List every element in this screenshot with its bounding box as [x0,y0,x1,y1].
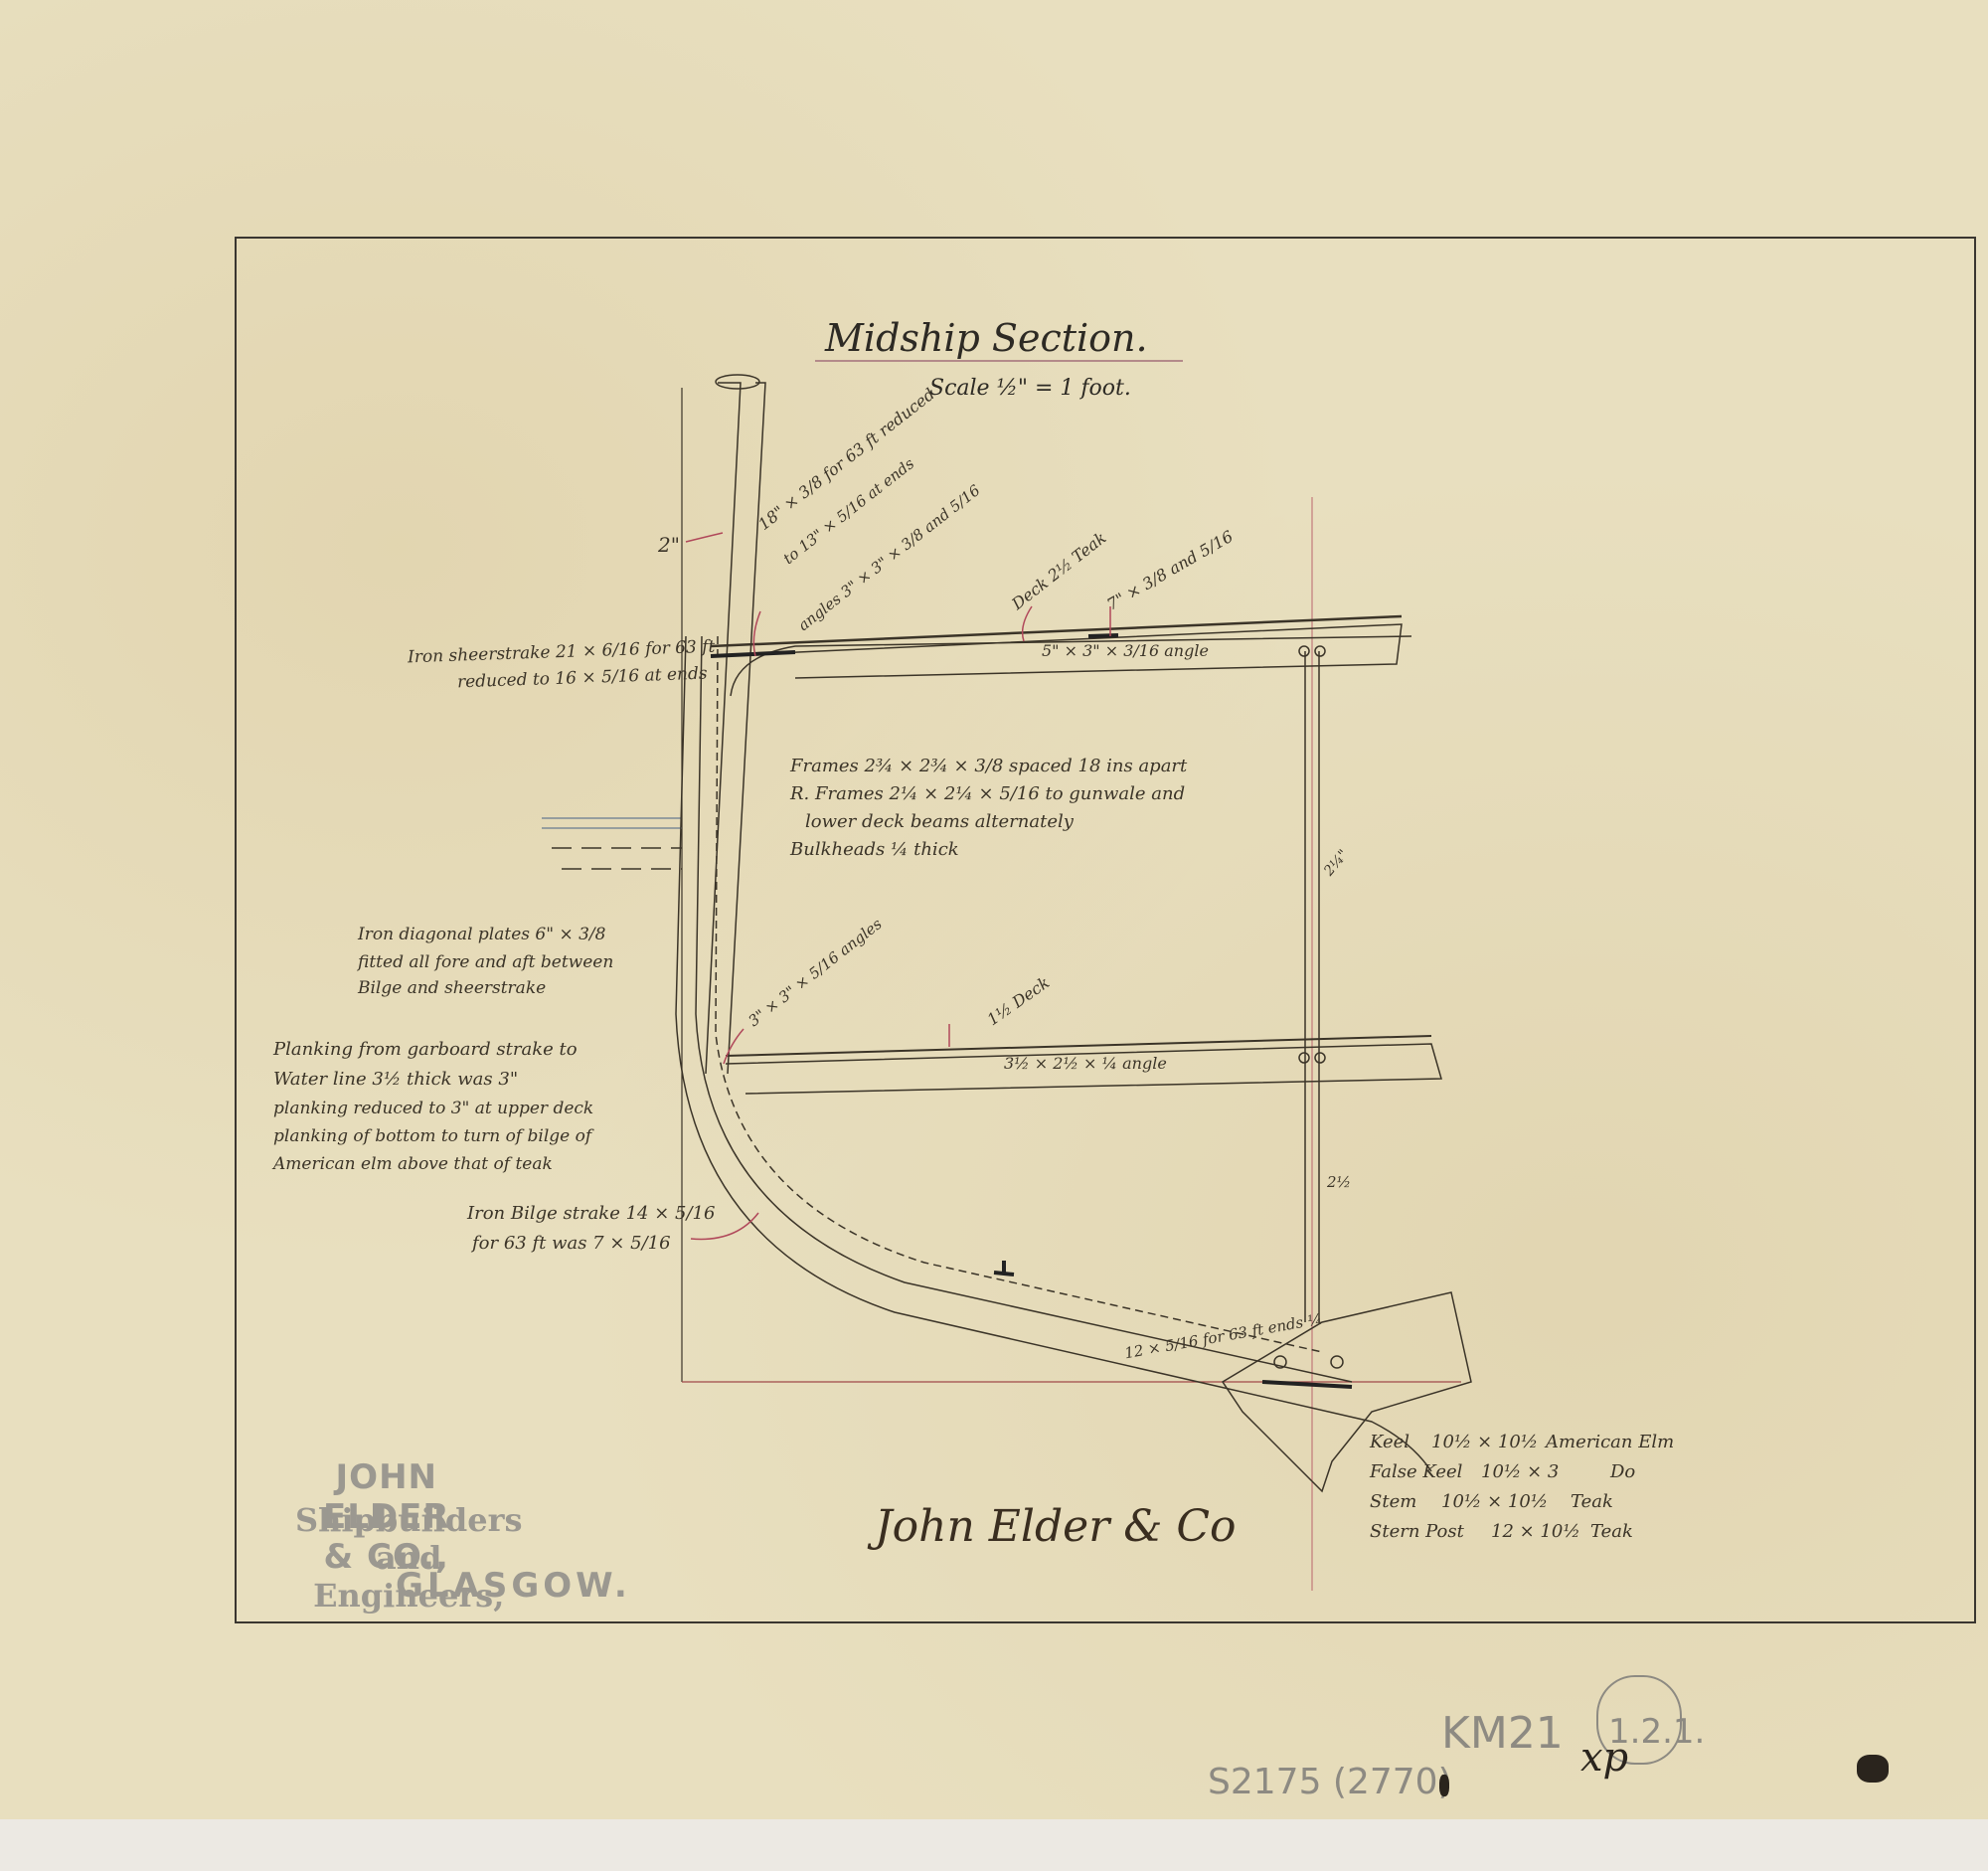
planking-note-line2: Water line 3½ thick was 3" [273,1069,518,1090]
drawing-title: Midship Section. [825,316,1148,360]
planking-note-line4: planking of bottom to turn of bilge of [273,1126,591,1146]
signature: John Elder & Co [875,1501,1237,1552]
planking-note-line5: American elm above that of teak [273,1154,553,1174]
scantling-item: Keel [1370,1432,1409,1452]
bulwark-thickness-label: 2" [658,533,680,557]
scantling-size: 10½ × 3 [1481,1461,1559,1482]
archive-number: S2175 (2770) [1208,1762,1452,1802]
scantling-size: 10½ × 10½ [1441,1491,1548,1512]
title-underline [815,360,1183,362]
upper-beam-angle-label: 5" × 3" × 3/16 angle [1042,641,1209,660]
drawing-sheet: Midship Section. Scale ½" = 1 foot. 2" I… [0,0,1988,1819]
planking-note-line3: planking reduced to 3" at upper deck [273,1099,593,1118]
scantling-material: Teak [1590,1521,1633,1542]
frames-note-line2: R. Frames 2¼ × 2¼ × 5/16 to gunwale and [790,783,1185,804]
stamp-city: GLASGOW. [396,1566,631,1606]
scantling-size: 10½ × 10½ [1431,1432,1538,1452]
drawing-scale: Scale ½" = 1 foot. [929,376,1131,401]
frames-note-line3: lower deck beams alternately [805,811,1074,832]
frames-note-line4: Bulkheads ¼ thick [790,839,959,860]
scantling-material: American Elm [1546,1432,1674,1452]
ink-smudge [1857,1755,1889,1783]
diagonal-note-line3: Bilge and sheerstrake [358,978,546,998]
frames-note-line1: Frames 2¾ × 2¾ × 3/8 spaced 18 ins apart [790,756,1187,776]
scantling-material: Do [1610,1461,1635,1482]
bilge-note-line1: Iron Bilge strake 14 × 5/16 [467,1203,715,1224]
planking-note-line1: Planking from garboard strake to [273,1039,578,1060]
diagonal-note-line1: Iron diagonal plates 6" × 3/8 [358,925,605,944]
scantling-item: Stern Post [1370,1521,1464,1542]
archive-initials: xp [1580,1735,1628,1781]
ink-mark [1439,1775,1449,1796]
scantling-size: 12 × 10½ [1491,1521,1580,1542]
lower-beam-angle-label: 3½ × 2½ × ¼ angle [1004,1054,1167,1073]
archive-ref: KM21 [1441,1708,1564,1759]
lower-pillar-label: 2½ [1327,1173,1351,1191]
scantling-item: False Keel [1370,1461,1462,1482]
scantling-item: Stem [1370,1491,1416,1512]
bilge-note-line2: for 63 ft was 7 × 5/16 [472,1233,671,1254]
scantling-material: Teak [1571,1491,1613,1512]
diagonal-note-line2: fitted all fore and aft between [358,952,613,972]
